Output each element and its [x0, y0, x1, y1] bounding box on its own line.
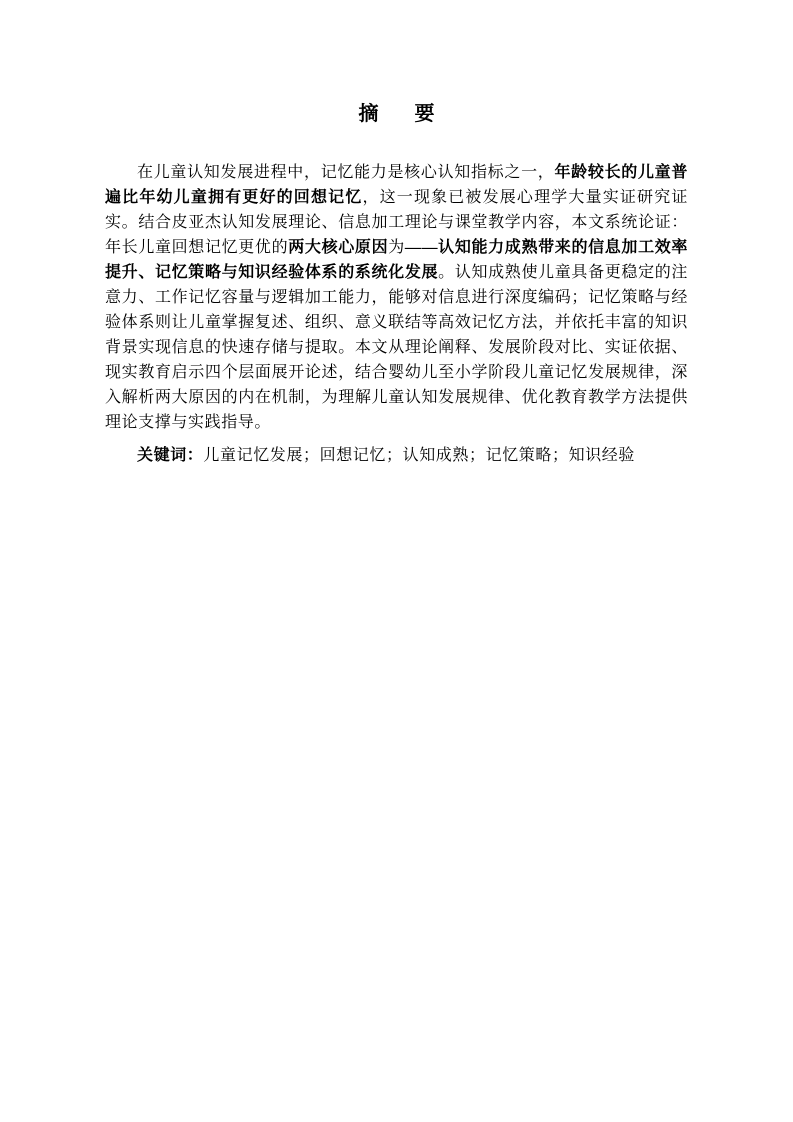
- keywords-label: 关键词：: [137, 447, 203, 464]
- keywords-text: 儿童记忆发展；回想记忆；认知成熟；记忆策略；知识经验: [203, 447, 635, 464]
- abstract-text-run: 。认知成熟使儿童具备更稳定的注意力、工作记忆容量与逻辑加工能力，能够对信息进行深…: [105, 264, 688, 431]
- abstract-title: 摘 要: [105, 102, 688, 127]
- abstract-paragraph: 在儿童认知发展进程中，记忆能力是核心认知指标之一，年龄较长的儿童普遍比年幼儿童拥…: [105, 160, 688, 435]
- abstract-text-run: 在儿童认知发展进程中，记忆能力是核心认知指标之一，: [137, 164, 554, 181]
- abstract-text-run-bold: 两大核心原因: [288, 239, 388, 256]
- document-page: 摘 要 在儿童认知发展进程中，记忆能力是核心认知指标之一，年龄较长的儿童普遍比年…: [0, 0, 793, 1122]
- abstract-text-run: 为: [388, 239, 405, 256]
- keywords-line: 关键词：儿童记忆发展；回想记忆；认知成熟；记忆策略；知识经验: [105, 443, 688, 468]
